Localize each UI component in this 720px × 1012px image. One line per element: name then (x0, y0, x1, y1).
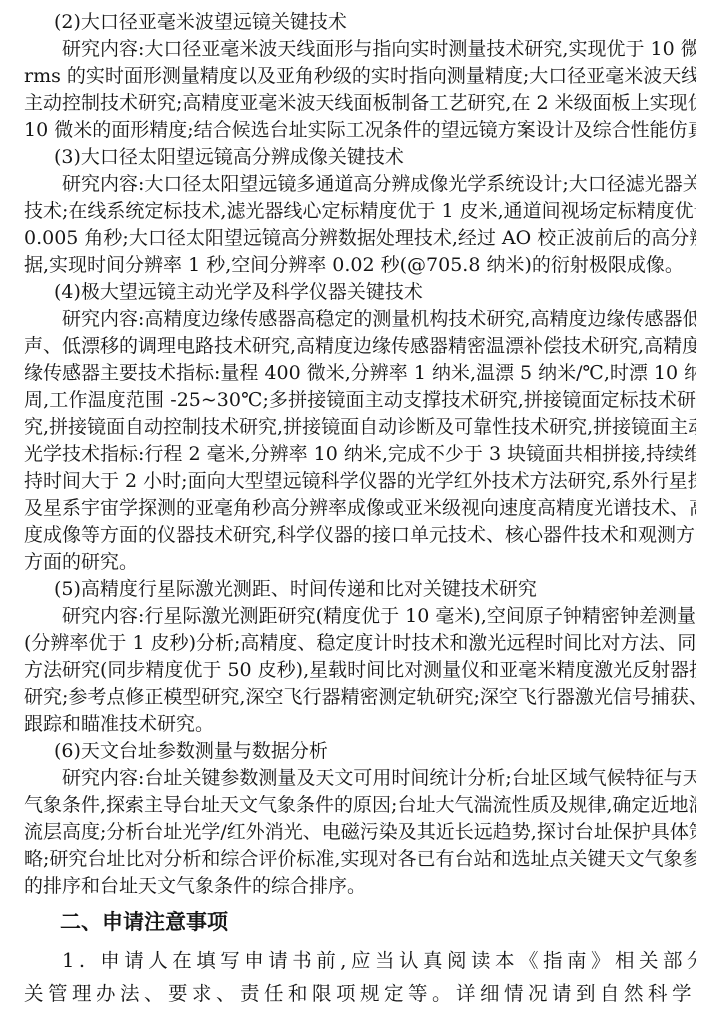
doc-text-line: 缘传感器主要技术指标:量程 400 微米,分辨率 1 纳米,温漂 5 纳米/℃,… (24, 360, 696, 387)
doc-text-line: 光学技术指标:行程 2 毫米,分辨率 10 纳米,完成不少于 3 块镜面共相拼接… (24, 441, 696, 468)
page: { "page": { "width": 720, "height": 1012… (0, 0, 720, 1012)
doc-text-line: 方面的研究。 (24, 549, 696, 576)
doc-text-line: 气象条件,探索主导台址天文气象条件的原因;台址大气湍流性质及规律,确定近地湍 (24, 792, 696, 819)
doc-text-line: 研究内容:大口径亚毫米波天线面形与指向实时测量技术研究,实现优于 10 微米 (24, 36, 696, 63)
section-heading: 二、申请注意事项 (24, 906, 696, 938)
doc-text-line: 方法研究(同步精度优于 50 皮秒),星载时间比对测量仪和亚毫米精度激光反射器技… (24, 657, 696, 684)
subsection-title: (4)极大望远镜主动光学及科学仪器关键技术 (24, 279, 696, 306)
doc-text-line: 0.005 角秒;大口径太阳望远镜高分辨数据处理技术,经过 AO 校正波前后的高… (24, 225, 696, 252)
subsection-title: (2)大口径亚毫米波望远镜关键技术 (24, 9, 696, 36)
document-body: (2)大口径亚毫米波望远镜关键技术研究内容:大口径亚毫米波天线面形与指向实时测量… (0, 0, 720, 1010)
doc-text-line: 技术;在线系统定标技术,滤光器线心定标精度优于 1 皮米,通道间视场定标精度优于 (24, 198, 696, 225)
doc-text-line: 周,工作温度范围 -25~30℃;多拼接镜面主动支撑技术研究,拼接镜面定标技术研 (24, 387, 696, 414)
doc-text-line: 持时间大于 2 小时;面向大型望远镜科学仪器的光学红外技术方法研究,系外行星探测 (24, 468, 696, 495)
doc-text-line: 略;研究台址比对分析和综合评价标准,实现对各已有台站和选址点关键天文气象参数 (24, 846, 696, 873)
doc-text-line: 声、低漂移的调理电路技术研究,高精度边缘传感器精密温漂补偿技术研究,高精度边 (24, 333, 696, 360)
subsection-title: (6)天文台址参数测量与数据分析 (24, 738, 696, 765)
doc-text-line: 流层高度;分析台址光学/红外消光、电磁污染及其近长远趋势,探讨台址保护具体策 (24, 819, 696, 846)
doc-text-line: 研究内容:高精度边缘传感器高稳定的测量机构技术研究,高精度边缘传感器低噪 (24, 306, 696, 333)
doc-text-line: 度成像等方面的仪器技术研究,科学仪器的接口单元技术、核心器件技术和观测方法等 (24, 522, 696, 549)
doc-text-line: 跟踪和瞄准技术研究。 (24, 711, 696, 738)
doc-text-line: 研究内容:台址关键参数测量及天文可用时间统计分析;台址区域气候特征与天文 (24, 765, 696, 792)
doc-text-line: 的排序和台址天文气象条件的综合排序。 (24, 873, 696, 900)
subsection-title: (3)大口径太阳望远镜高分辨成像关键技术 (24, 144, 696, 171)
doc-text-line: 及星系宇宙学探测的亚毫角秒高分辨率成像或亚米级视向速度高精度光谱技术、高对比 (24, 495, 696, 522)
doc-text-line: (分辨率优于 1 皮秒)分析;高精度、稳定度计时技术和激光远程时间比对方法、同步 (24, 630, 696, 657)
subsection-title: (5)高精度行星际激光测距、时间传递和比对关键技术研究 (24, 576, 696, 603)
doc-text-line: 研究;参考点修正模型研究,深空飞行器精密测定轨研究;深空飞行器激光信号捕获、 (24, 684, 696, 711)
doc-text-line: 10 微米的面形精度;结合候选台址实际工况条件的望远镜方案设计及综合性能仿真。 (24, 117, 696, 144)
doc-text-line: 关管理办法、要求、责任和限项规定等。详细情况请到自然科学基金委网站 (24, 977, 696, 1010)
doc-text-line: 据,实现时间分辨率 1 秒,空间分辨率 0.02 秒(@705.8 纳米)的衍射… (24, 252, 696, 279)
doc-text-line: 主动控制技术研究;高精度亚毫米波天线面板制备工艺研究,在 2 米级面板上实现优于 (24, 90, 696, 117)
doc-text-line: 研究内容:行星际激光测距研究(精度优于 10 毫米),空间原子钟精密钟差测量 (24, 603, 696, 630)
doc-text-line: rms 的实时面形测量精度以及亚角秒级的实时指向测量精度;大口径亚毫米波天线闭环 (24, 63, 696, 90)
doc-text-line: 1. 申请人在填写申请书前,应当认真阅读本《指南》相关部分内容,了解有 (24, 944, 696, 977)
doc-text-line: 研究内容:大口径太阳望远镜多通道高分辨成像光学系统设计;大口径滤光器关键 (24, 171, 696, 198)
doc-text-line: 究,拼接镜面自动控制技术研究,拼接镜面自动诊断及可靠性技术研究,拼接镜面主动 (24, 414, 696, 441)
